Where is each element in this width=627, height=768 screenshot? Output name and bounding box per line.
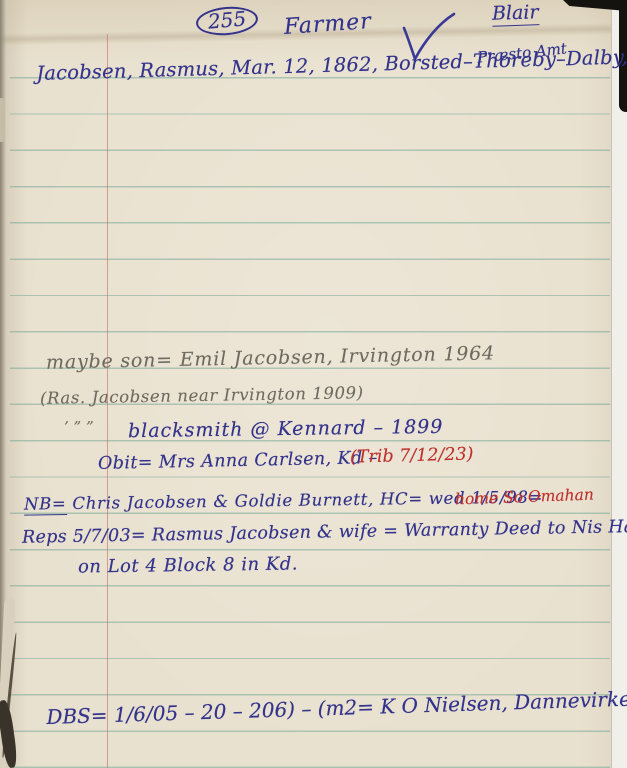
place-heading: Blair xyxy=(492,2,539,25)
torn-edge-nick xyxy=(0,98,5,142)
nb-label: NB= xyxy=(24,494,67,516)
record-number-circle: 255 xyxy=(195,4,259,37)
blacksmith-note: blacksmith @ Kennard – 1899 xyxy=(128,417,444,442)
deed-note-line2: on Lot 4 Block 8 in Kd. xyxy=(78,554,298,577)
ditto-marks: ’ ” ” xyxy=(64,419,94,436)
place-heading-text: Blair xyxy=(492,1,539,27)
ledger-page: 255 Farmer Blair Præsto Amt Jacobsen, Ra… xyxy=(0,0,627,768)
obit-reference: (Trib 7/12/23) xyxy=(350,445,474,467)
scan-corner-shadow-top xyxy=(563,0,627,11)
scan-edge-strip xyxy=(611,0,627,768)
record-number: 255 xyxy=(195,4,259,37)
